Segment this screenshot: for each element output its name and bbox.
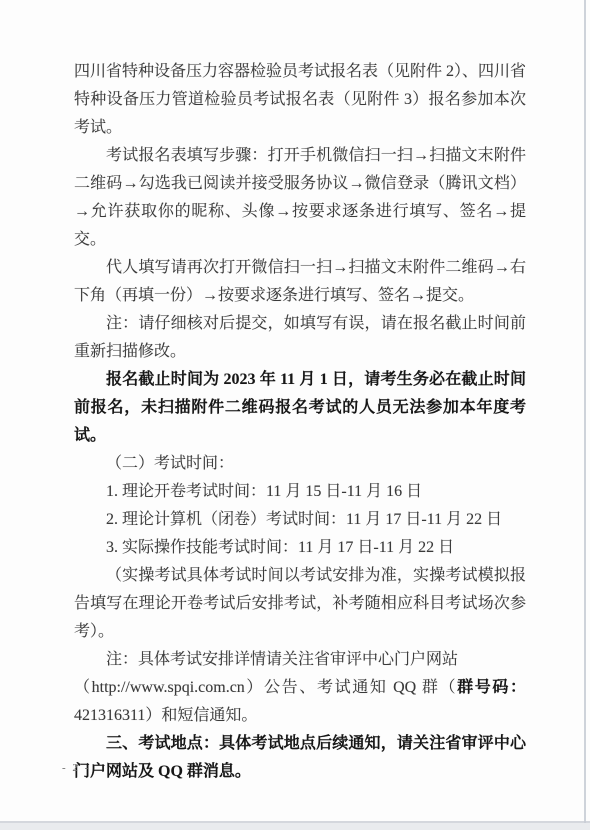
scan-edge-bottom-band [0, 823, 590, 830]
page-number: - 2 - [62, 762, 90, 774]
para-form-filling-steps: 考试报名表填写步骤：打开手机微信扫一扫→扫描文末附件二维码→勾选我已阅读并接受服… [74, 142, 526, 254]
para-registration-deadline: 报名截止时间为 2023 年 11 月 1 日，请考生务必在截止时间前报名，未扫… [74, 366, 526, 450]
item-theory-computer-time: 2. 理论计算机（闭卷）考试时间：11 月 17 日-11 月 22 日 [74, 506, 526, 534]
bold-inline-text: 群号码： [457, 679, 526, 696]
item-theory-open-book-time: 1. 理论开卷考试时间：11 月 15 日-11 月 16 日 [74, 478, 526, 506]
para-exam-location: 三、考试地点：具体考试地点后续通知，请关注省审评中心门户网站及 QQ 群消息。 [74, 730, 526, 786]
document-body: 四川省特种设备压力容器检验员考试报名表（见附件 2）、四川省特种设备压力管道检验… [74, 58, 526, 786]
para-proxy-filling-steps: 代人填写请再次打开微信扫一扫→扫描文末附件二维码→右下角（再填一份）→按要求逐条… [74, 254, 526, 310]
para-note-check-before-submit: 注：请仔细核对后提交，如填写有误，请在报名截止时间前重新扫描修改。 [74, 310, 526, 366]
item-practical-skill-time: 3. 实际操作技能考试时间：11 月 17 日-11 月 22 日 [74, 534, 526, 562]
para-attachment-forms: 四川省特种设备压力容器检验员考试报名表（见附件 2）、四川省特种设备压力管道检验… [74, 58, 526, 142]
heading-exam-time: （二）考试时间： [74, 450, 526, 478]
para-exam-schedule-note: 注：具体考试安排详情请关注省审评中心门户网站（http://www.spqi.c… [74, 646, 526, 730]
scanned-document-page: 四川省特种设备压力容器检验员考试报名表（见附件 2）、四川省特种设备压力管道检验… [0, 0, 590, 830]
para-practical-exam-note: （实操考试具体考试时间以考试安排为准，实操考试模拟报告填写在理论开卷考试后安排考… [74, 562, 526, 646]
scan-edge-right [584, 0, 586, 830]
